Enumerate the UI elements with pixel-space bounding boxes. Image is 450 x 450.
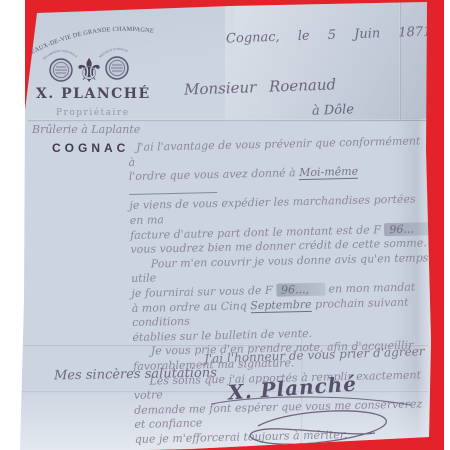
medal-right-icon	[106, 57, 128, 79]
closing-salutation: Mes sincères salutations	[54, 366, 217, 384]
letterhead-distillery: Brûlerie à Laplante	[32, 123, 140, 136]
paragraph-2: Pour m'en couvrir je vous donne avis qu'…	[131, 251, 435, 345]
letterhead-city: COGNAC	[52, 141, 129, 155]
medal-left-icon	[50, 59, 72, 81]
body-line: J'ai l'avantage de vous prévenir que con…	[128, 134, 420, 168]
body-line: l'ordre que vous avez donné à	[129, 166, 296, 183]
amount-value: 96...	[384, 222, 430, 236]
letterhead-name: X. PLANCHÉ	[36, 86, 151, 102]
letter-photo: EAUX-DE-VIE DE GRANDE CHAMPAGNE RÉCOMPEN…	[0, 0, 450, 450]
body-line: Pour m'en couvrir je vous donne avis qu'…	[131, 251, 429, 285]
body-line: à mon ordre au Cinq	[132, 299, 247, 315]
letterhead-title: Propriétaire	[56, 108, 130, 118]
amount-value: 96...,	[276, 283, 325, 297]
body-line: je fournirai sur vous de F	[131, 284, 272, 300]
letter-paper: EAUX-DE-VIE DE GRANDE CHAMPAGNE RÉCOMPEN…	[0, 0, 450, 450]
paragraph-1: J'ai l'avantage de vous prévenir que con…	[128, 134, 433, 258]
body-recipient-ref: Moi-même	[299, 165, 358, 180]
fold-crease-vertical	[399, 2, 402, 120]
body-line: je viens de vous expédier les marchandis…	[129, 193, 415, 227]
handwritten-rule	[129, 192, 217, 195]
recipient-city: à Dôle	[312, 102, 354, 118]
underlined-month: Septembre	[250, 297, 312, 312]
fleur-de-lis-icon: ⚜	[74, 51, 104, 90]
body-line: en mon mandat	[328, 280, 415, 295]
fold-crease-horizontal	[28, 119, 428, 122]
